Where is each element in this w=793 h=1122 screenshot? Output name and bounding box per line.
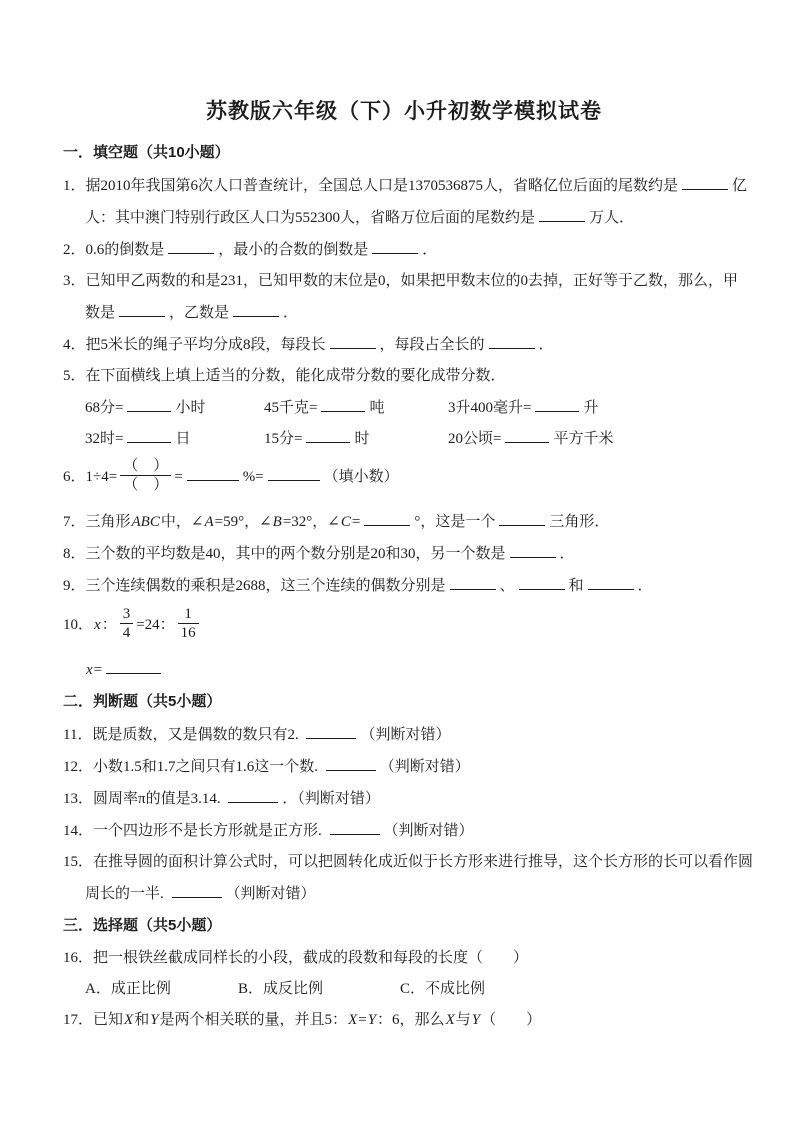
text-run: 升 <box>583 400 598 416</box>
q5-row2: 32时=日15分=时20公顷=平方千米 <box>63 428 745 449</box>
text-run: 3升400毫升= <box>448 400 531 416</box>
text-run: 1．据2010年我国第6次人口普查统计，全国总人口是1370536875人，省略… <box>63 178 678 194</box>
blank-underline <box>127 397 171 412</box>
q12: 12．小数1.5和1.7之间只有1.6这一个数. （判断对错） <box>63 756 745 778</box>
blank-underline <box>172 883 222 898</box>
text-run: 11．既是质数，又是偶数的数只有2. <box>63 727 302 743</box>
text-run: = <box>174 469 182 485</box>
fraction: 116 <box>178 605 199 642</box>
text-run: 5．在下面横线上填上适当的分数，能化成带分数的要化成带分数． <box>63 368 506 384</box>
blank-underline <box>228 788 278 803</box>
text-run: = <box>94 662 102 678</box>
variable-italic: C <box>340 514 352 530</box>
q5-row2-col: 20公顷=平方千米 <box>448 428 613 450</box>
text-run: B．成反比例 <box>238 981 323 997</box>
text-run: 是两个相关联的量，并且5： <box>160 1012 348 1028</box>
blank-underline <box>539 207 585 222</box>
text-run: 32时= <box>85 431 123 447</box>
blank-underline <box>499 511 545 526</box>
blank-underline <box>450 575 496 590</box>
blank-underline <box>168 239 214 254</box>
text-run: 日 <box>175 431 190 447</box>
text-run: 4．把5米长的绳子平均分成8段，每段长 <box>63 337 326 353</box>
text-run: 万人． <box>589 210 634 226</box>
fraction-numerator: 3 <box>120 605 134 624</box>
text-run: 20公顷= <box>448 431 501 447</box>
text-run: （填小数） <box>324 469 399 485</box>
text-run: = <box>358 1012 366 1028</box>
variable-italic: B <box>272 514 283 530</box>
q5-row2-col: 32时=日 <box>85 428 190 450</box>
q3-line1: 3．已知甲乙两数的和是231，已知甲数的末位是0，如果把甲数末位的0去掉，正好等… <box>63 271 745 292</box>
text-run: （判断对错） <box>360 727 450 743</box>
text-run: 6．1÷4= <box>63 469 117 485</box>
q1-line1: 1．据2010年我国第6次人口普查统计，全国总人口是1370536875人，省略… <box>63 175 745 197</box>
text-run: 周长的一半. <box>85 886 168 902</box>
blank-underline <box>535 397 579 412</box>
text-run: 9．三个连续偶数的乘积是2688，这三个连续的偶数分别是 <box>63 578 446 594</box>
q16-options: A．成正比例B．成反比例C．不成比例 <box>63 979 745 1000</box>
text-run: 三．选择题（共5小题） <box>63 917 221 934</box>
text-run: 2．0.6的倒数是 <box>63 242 164 258</box>
text-run: 3．已知甲乙两数的和是231，已知甲数的末位是0，如果把甲数末位的0去掉，正好等… <box>63 273 738 289</box>
fraction-denominator: 16 <box>178 624 199 642</box>
text-run: = <box>352 514 360 530</box>
q16-options-col: A．成正比例 <box>85 979 171 1000</box>
text-run: 8．三个数的平均数是40，其中的两个数分别是20和30，另一个数是 <box>63 546 506 562</box>
q11: 11．既是质数，又是偶数的数只有2. （判断对错） <box>63 724 745 746</box>
q5-row1-col: 68分=小时 <box>85 397 205 419</box>
text-run: ，乙数是 <box>169 305 229 321</box>
text-run: 16．把一根铁丝截成同样长的小段，截成的段数和每段的长度（ ） <box>63 950 528 966</box>
text-run: 68分= <box>85 400 123 416</box>
text-run: 和 <box>134 1012 149 1028</box>
variable-italic: X <box>347 1012 358 1028</box>
blank-underline <box>489 334 535 349</box>
fraction-numerator: 1 <box>178 605 199 624</box>
blank-underline <box>682 175 728 190</box>
section-2-heading: 二．判断题（共5小题） <box>63 691 745 712</box>
q14: 14．一个四边形不是长方形就是正方形. （判断对错） <box>63 820 745 842</box>
fraction-denominator: 4 <box>120 624 134 642</box>
text-run: ． <box>422 242 437 258</box>
blank-underline <box>119 302 165 317</box>
text-run: 亿 <box>732 178 747 194</box>
variable-italic: x <box>93 617 102 633</box>
q7: 7．三角形ABC中，∠A=59°，∠B=32°，∠C=°，这是一个三角形． <box>63 511 745 533</box>
text-run: （判断对错） <box>226 886 316 902</box>
fraction: 34 <box>120 605 134 642</box>
text-run: 10． <box>63 617 93 633</box>
q16-options-col: C．不成比例 <box>400 979 485 1000</box>
text-run: 14．一个四边形不是长方形就是正方形. <box>63 823 326 839</box>
q5-row2-col: 15分=时 <box>264 428 369 450</box>
text-run: 45千克= <box>264 400 317 416</box>
text-run: 数是 <box>85 305 115 321</box>
variable-italic: Y <box>367 1012 377 1028</box>
text-run: 三角形． <box>549 514 609 530</box>
text-run: 15分= <box>264 431 302 447</box>
text-run: 人：其中澳门特别行政区人口为552300人，省略万位后面的尾数约是 <box>85 210 535 226</box>
text-run: 与 <box>456 1012 471 1028</box>
blank-underline <box>233 302 279 317</box>
q5-row1: 68分=小时45千克=吨3升400毫升=升 <box>63 397 745 418</box>
q16-options-col: B．成反比例 <box>238 979 323 1000</box>
q9: 9．三个连续偶数的乘积是2688，这三个连续的偶数分别是、和． <box>63 575 745 597</box>
q10-answer: x= <box>63 659 745 681</box>
fraction-denominator: （ ） <box>120 476 171 494</box>
text-run: 平方千米 <box>553 431 613 447</box>
q15-line2: 周长的一半. （判断对错） <box>63 883 745 905</box>
text-run: =32°，∠ <box>283 514 340 530</box>
variable-italic: ABC <box>131 514 161 530</box>
text-run: %= <box>243 469 264 485</box>
text-run: 时 <box>354 431 369 447</box>
text-run: =24： <box>136 617 174 633</box>
q5: 5．在下面横线上填上适当的分数，能化成带分数的要化成带分数． <box>63 366 745 387</box>
q8: 8．三个数的平均数是40，其中的两个数分别是20和30，另一个数是． <box>63 543 745 565</box>
blank-underline <box>330 820 380 835</box>
text-run: 12．小数1.5和1.7之间只有1.6这一个数. <box>63 759 322 775</box>
text-run: 7．三角形 <box>63 514 131 530</box>
text-run: A．成正比例 <box>85 981 171 997</box>
text-run: ，最小的合数的倒数是 <box>218 242 368 258</box>
text-run: ．（判断对错） <box>282 791 380 807</box>
blank-underline <box>330 334 376 349</box>
section-3-heading: 三．选择题（共5小题） <box>63 915 745 936</box>
text-run: 15．在推导圆的面积计算公式时，可以把圆转化成近似于长方形来进行推导，这个长方形… <box>63 854 753 870</box>
text-run: 和 <box>569 578 584 594</box>
fraction-numerator: （ ） <box>120 457 171 476</box>
text-run: C．不成比例 <box>400 981 485 997</box>
q6: 6．1÷4=（ ）（ ）=%=（填小数） <box>63 459 745 496</box>
text-run: 吨 <box>369 400 384 416</box>
text-run: ，每段占全长的 <box>380 337 485 353</box>
q15-line1: 15．在推导圆的面积计算公式时，可以把圆转化成近似于长方形来进行推导，这个长方形… <box>63 852 745 873</box>
text-run: ． <box>283 305 298 321</box>
blank-underline <box>268 466 320 481</box>
blank-underline <box>306 724 356 739</box>
exam-page: 苏教版六年级（下）小升初数学模拟试卷 一．填空题（共10小题）1．据2010年我… <box>0 0 793 1122</box>
text-run: ： <box>102 617 117 633</box>
blank-underline <box>127 428 171 443</box>
text-run: （ ） <box>481 1012 541 1028</box>
variable-italic: Y <box>471 1012 481 1028</box>
variable-italic: Y <box>149 1012 159 1028</box>
text-run: 13．圆周率π的值是3.14. <box>63 791 224 807</box>
text-run: 、 <box>500 578 515 594</box>
text-run: 二．判断题（共5小题） <box>63 693 221 710</box>
blank-underline <box>372 239 418 254</box>
q3-line2: 数是，乙数是． <box>63 302 745 324</box>
blank-underline <box>588 575 634 590</box>
variable-italic: X <box>123 1012 134 1028</box>
blank-underline <box>519 575 565 590</box>
text-run: ． <box>560 546 575 562</box>
blank-underline <box>326 756 376 771</box>
blank-underline <box>106 659 161 674</box>
blank-underline <box>306 428 350 443</box>
q17: 17．已知X和Y是两个相关联的量，并且5：X=Y：6，那么X与Y（ ） <box>63 1010 745 1031</box>
exam-body: 一．填空题（共10小题）1．据2010年我国第6次人口普查统计，全国总人口是13… <box>63 142 745 1031</box>
q1-line2: 人：其中澳门特别行政区人口为552300人，省略万位后面的尾数约是万人． <box>63 207 745 229</box>
text-run: =59°，∠ <box>215 514 272 530</box>
q5-row1-col: 45千克=吨 <box>264 397 384 419</box>
text-run: 17．已知 <box>63 1012 123 1028</box>
text-run: 一．填空题（共10小题） <box>63 144 230 161</box>
page-title: 苏教版六年级（下）小升初数学模拟试卷 <box>63 99 745 125</box>
text-run: ． <box>638 578 653 594</box>
blank-underline <box>510 543 556 558</box>
variable-italic: A <box>203 514 214 530</box>
q4: 4．把5米长的绳子平均分成8段，每段长，每段占全长的． <box>63 334 745 356</box>
text-run: （判断对错） <box>384 823 474 839</box>
variable-italic: X <box>445 1012 456 1028</box>
q2: 2．0.6的倒数是，最小的合数的倒数是． <box>63 239 745 261</box>
text-run: 中，∠ <box>161 514 204 530</box>
section-1-heading: 一．填空题（共10小题） <box>63 142 745 163</box>
q10: 10．x：34=24：116 <box>63 607 745 644</box>
q16: 16．把一根铁丝截成同样长的小段，截成的段数和每段的长度（ ） <box>63 948 745 969</box>
text-run: 小时 <box>175 400 205 416</box>
blank-underline <box>505 428 549 443</box>
text-run: ：6，那么 <box>377 1012 445 1028</box>
variable-italic: x <box>85 662 94 678</box>
text-run: （判断对错） <box>380 759 470 775</box>
blank-underline <box>187 466 239 481</box>
blank-underline <box>321 397 365 412</box>
q5-row1-col: 3升400毫升=升 <box>448 397 598 419</box>
text-run: ． <box>539 337 554 353</box>
fraction: （ ）（ ） <box>120 457 171 494</box>
q13: 13．圆周率π的值是3.14. ．（判断对错） <box>63 788 745 810</box>
text-run: °，这是一个 <box>414 514 495 530</box>
blank-underline <box>364 511 410 526</box>
